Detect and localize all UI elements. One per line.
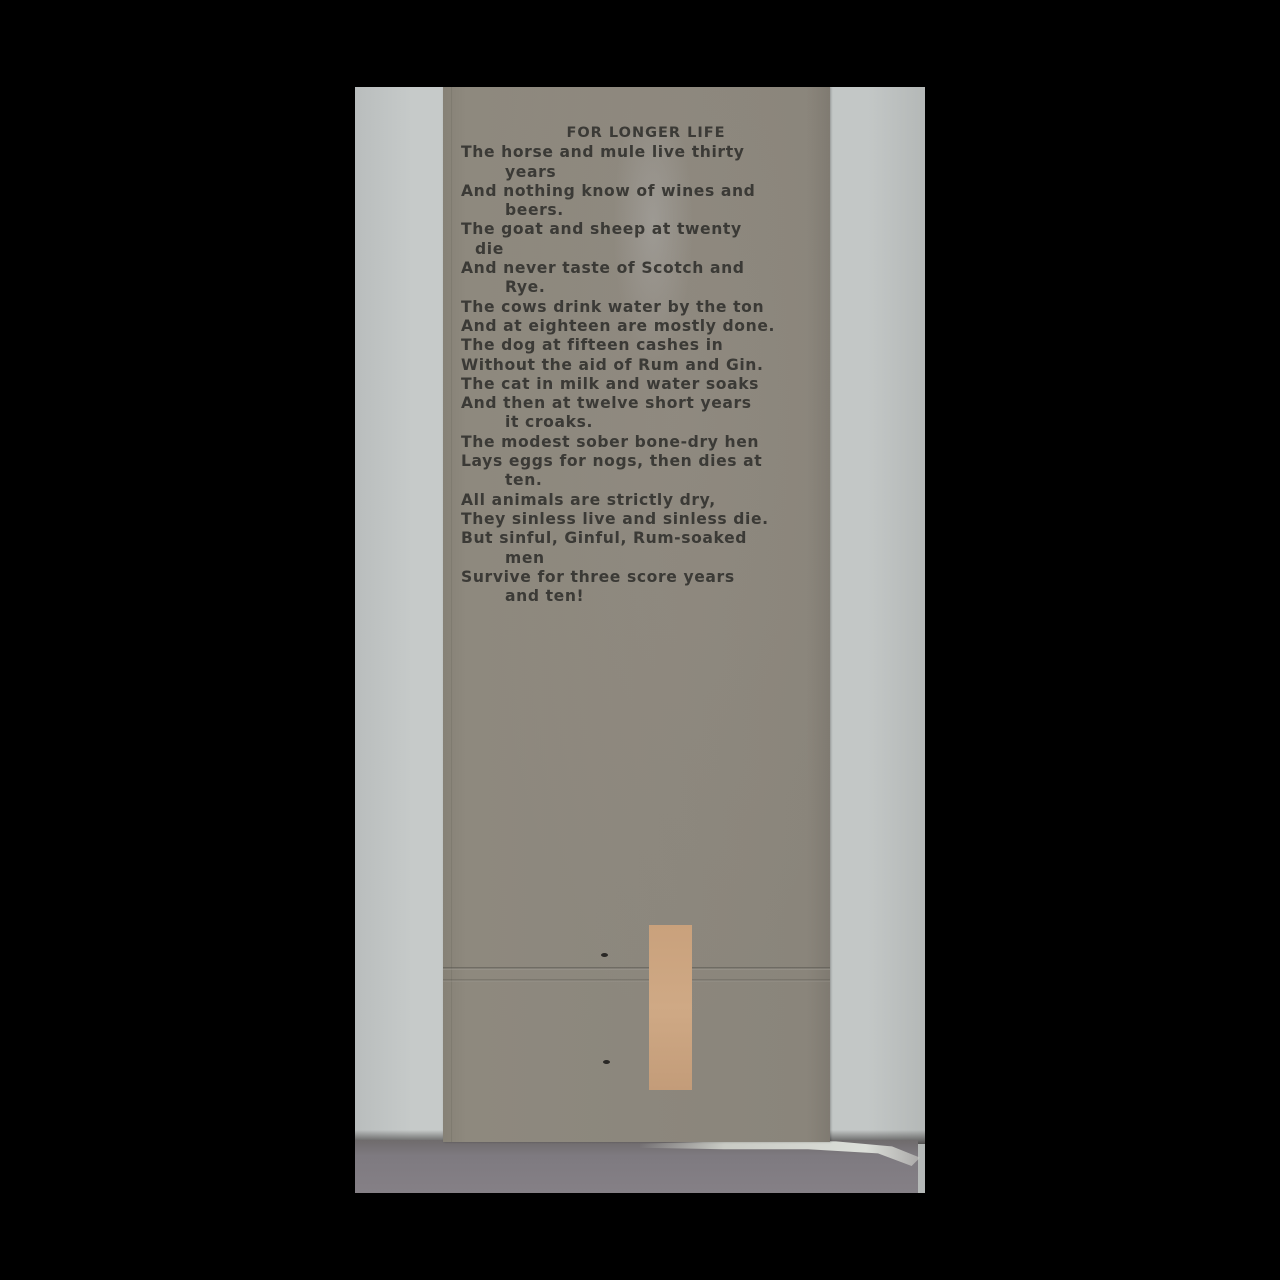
staple-hole (601, 953, 608, 957)
poem: FOR LONGER LIFE The horse and mule live … (461, 124, 811, 606)
poem-line: The cat in milk and water soaks (461, 375, 811, 394)
poem-lines: The horse and mule live thirtyyearsAnd n… (461, 143, 811, 606)
matchbook-cover: FOR LONGER LIFE The horse and mule live … (443, 87, 830, 1142)
poem-line: The goat and sheep at twenty (461, 220, 811, 239)
poem-line: And never taste of Scotch and (461, 259, 811, 278)
poem-line: And at eighteen are mostly done. (461, 317, 811, 336)
poem-line: They sinless live and sinless die. (461, 510, 811, 529)
poem-line: And nothing know of wines and (461, 182, 811, 201)
poem-line: beers. (461, 201, 811, 220)
poem-line: years (461, 163, 811, 182)
poem-line: The dog at fifteen cashes in (461, 336, 811, 355)
poem-line: it croaks. (461, 413, 811, 432)
poem-line: men (461, 549, 811, 568)
poem-line: And then at twelve short years (461, 394, 811, 413)
poem-title: FOR LONGER LIFE (461, 124, 811, 143)
poem-line: die (461, 240, 811, 259)
poem-line: The cows drink water by the ton (461, 298, 811, 317)
poem-line: All animals are strictly dry, (461, 491, 811, 510)
fold-line (443, 967, 830, 970)
poem-line: Survive for three score years (461, 568, 811, 587)
poem-line: The modest sober bone-dry hen (461, 433, 811, 452)
poem-line: and ten! (461, 587, 811, 606)
poem-line: Without the aid of Rum and Gin. (461, 356, 811, 375)
staple-hole (603, 1060, 610, 1064)
poem-line: But sinful, Ginful, Rum-soaked (461, 529, 811, 548)
poem-line: ten. (461, 471, 811, 490)
poem-line: Rye. (461, 278, 811, 297)
poem-line: Lays eggs for nogs, then dies at (461, 452, 811, 471)
poem-line: The horse and mule live thirty (461, 143, 811, 162)
striker-strip (649, 925, 692, 1090)
fold-line-secondary (443, 979, 830, 982)
